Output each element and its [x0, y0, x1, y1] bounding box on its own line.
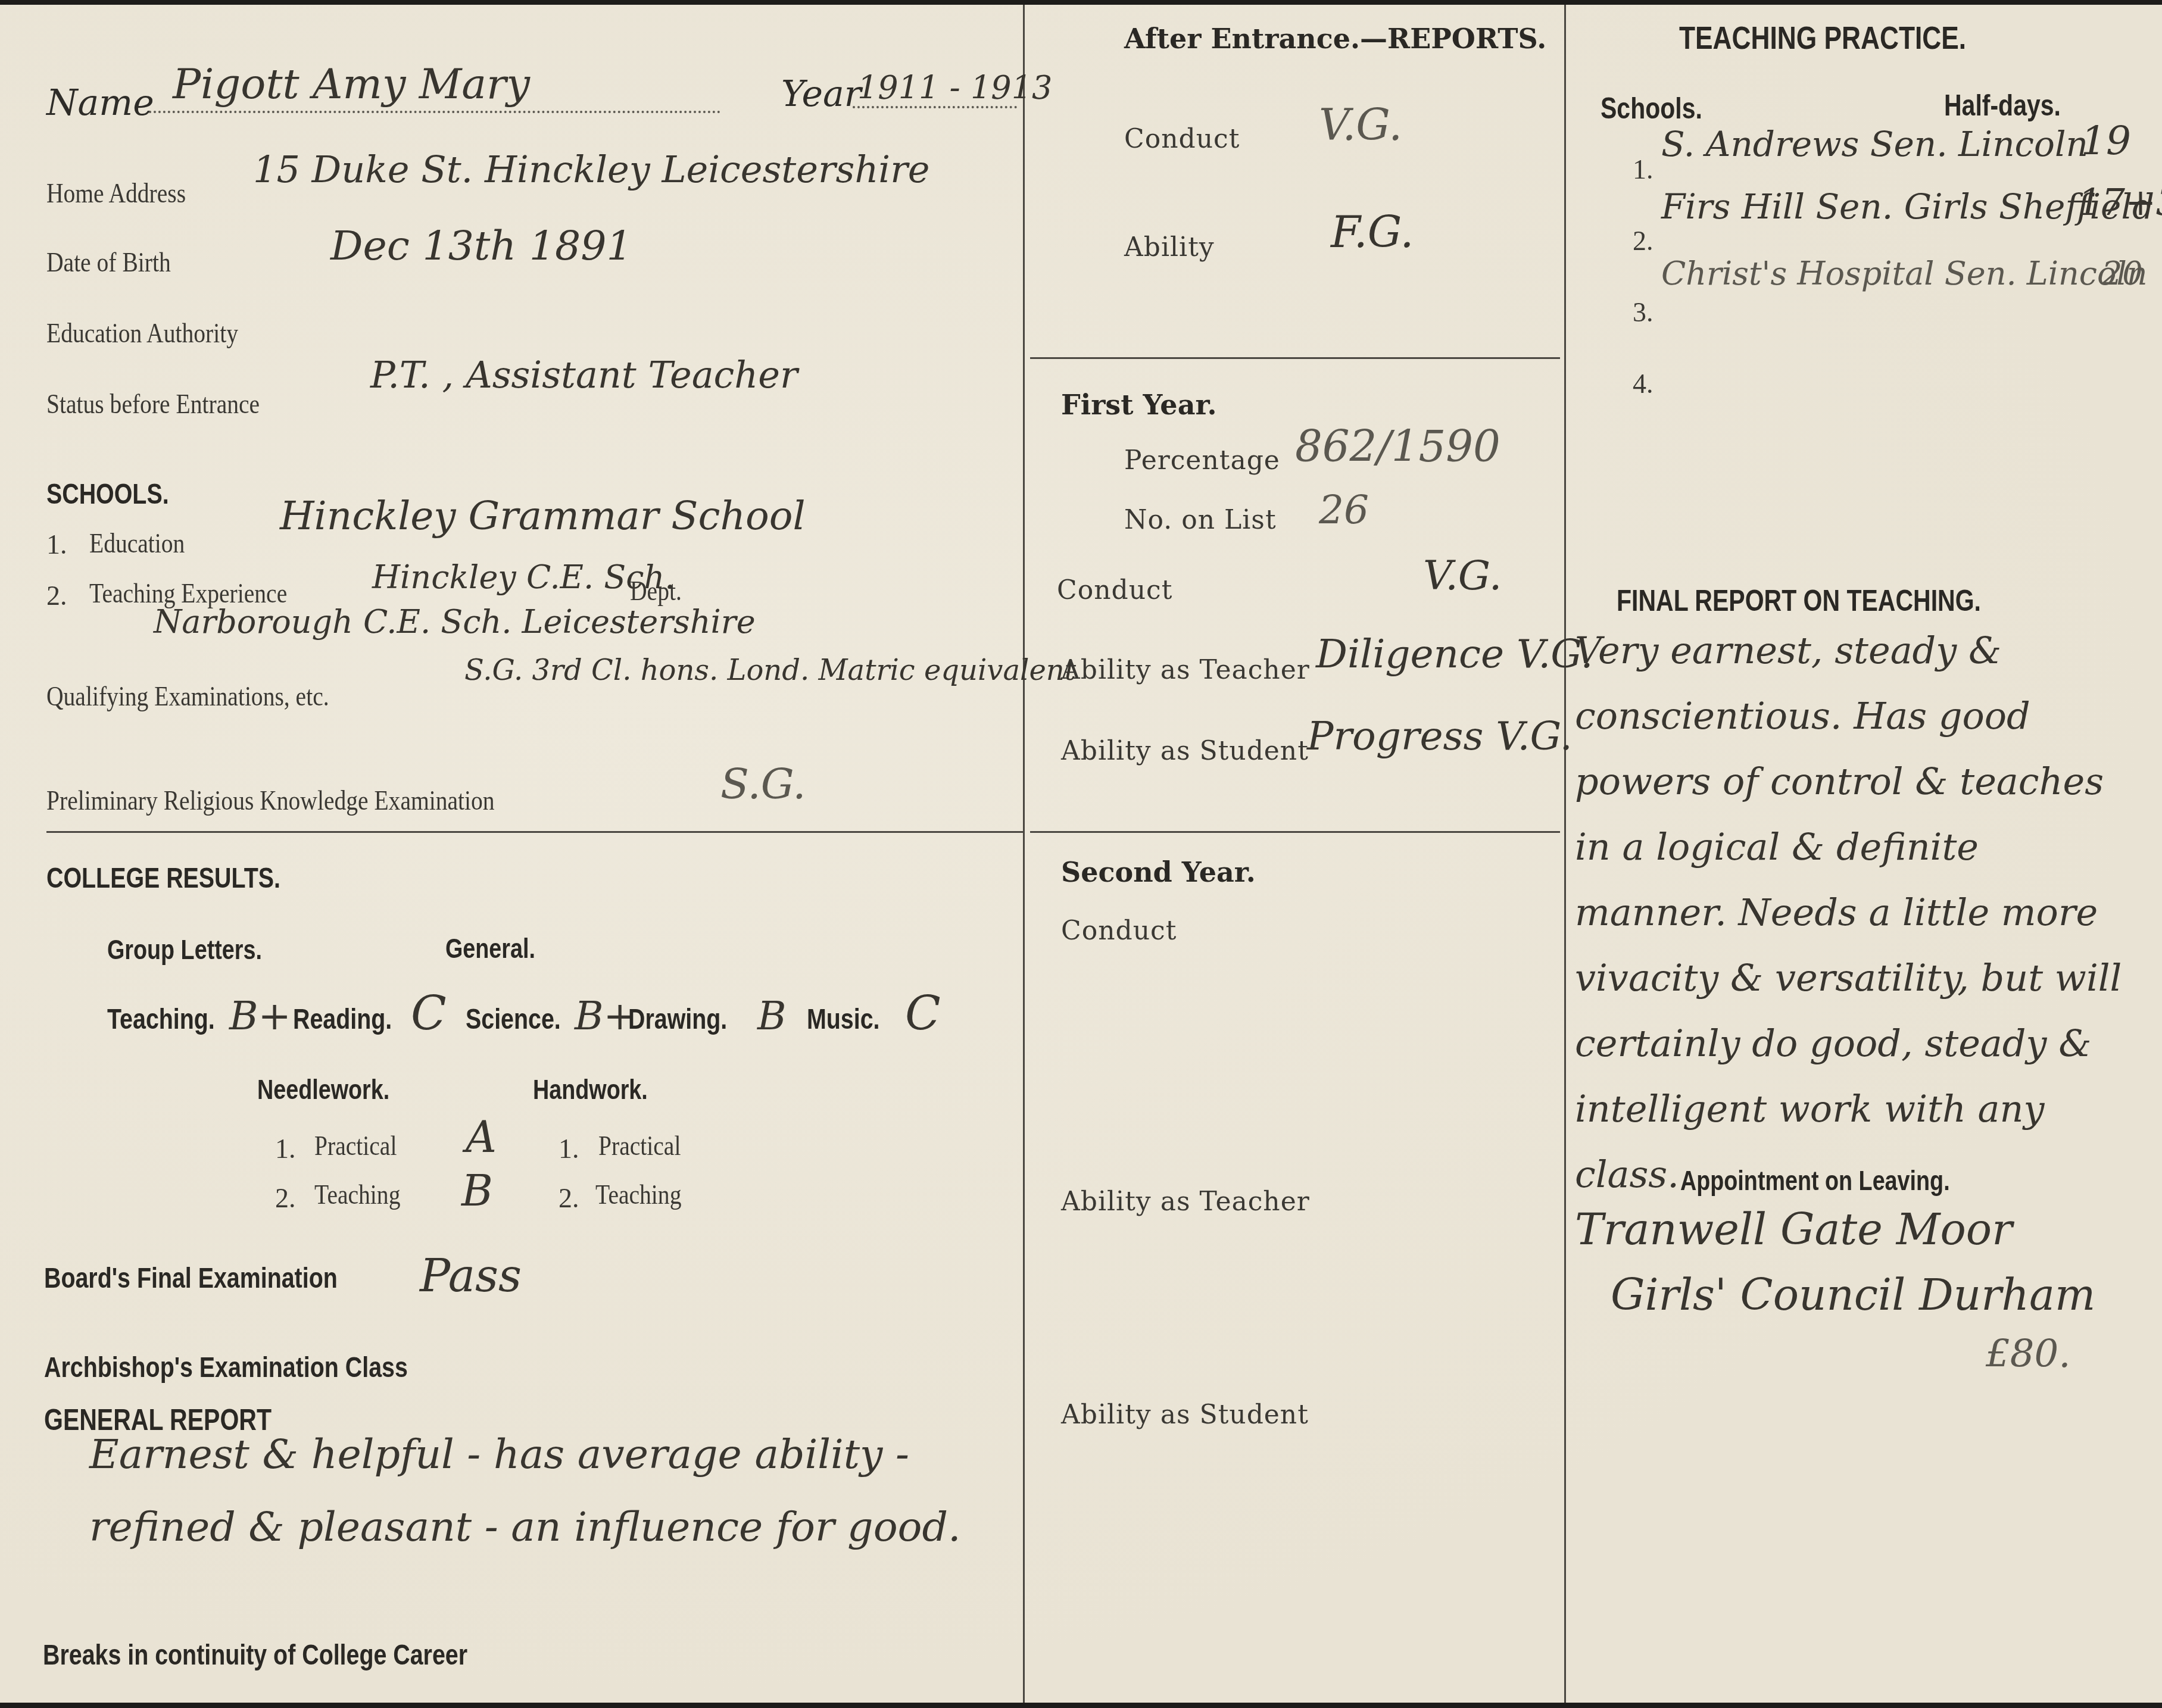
breaks-label: Breaks in continuity of College Career: [43, 1639, 467, 1672]
dob-label: Date of Birth: [46, 246, 171, 278]
fy-ability-teacher-label: Ability as Teacher: [1061, 655, 1310, 685]
subject-music-grade: C: [905, 987, 941, 1041]
handwork-teaching-label: Teaching: [595, 1179, 681, 1210]
appointment-salary: £80.: [1986, 1332, 2071, 1376]
status-value: P.T. , Assistant Teacher: [370, 353, 798, 396]
name-label: Name: [46, 82, 154, 124]
appointment-heading: Appointment on Leaving.: [1680, 1164, 1950, 1197]
tp-entry-1-halfdays: 19: [2081, 118, 2131, 164]
dob-value: Dec 13th 1891: [330, 223, 632, 270]
fy-ability-student-value: Progress V.G.: [1307, 713, 1573, 759]
fy-conduct-value: V.G.: [1423, 552, 1502, 599]
sy-ability-student-label: Ability as Student: [1061, 1400, 1309, 1430]
general-report-text: Earnest & helpful - has average ability …: [89, 1419, 994, 1564]
second-year-heading: Second Year.: [1061, 856, 1256, 888]
appointment-line-2: Girls' Council Durham: [1611, 1270, 2095, 1320]
year-label: Year: [781, 73, 861, 115]
name-value: Pigott Amy Mary: [173, 60, 530, 108]
archbishop-label: Archbishop's Examination Class: [44, 1351, 408, 1384]
schools-education-value: Hinckley Grammar School: [280, 493, 806, 539]
name-underline: [149, 111, 720, 113]
schools-heading: SCHOOLS.: [46, 478, 169, 511]
sy-ability-teacher-label: Ability as Teacher: [1061, 1186, 1310, 1217]
boards-final-label: Board's Final Examination: [44, 1262, 338, 1295]
subject-teaching-label: Teaching.: [107, 1003, 215, 1036]
appointment-line-1: Tranwell Gate Moor: [1575, 1204, 2013, 1254]
subject-music-label: Music.: [807, 1003, 879, 1036]
column-divider-left: [1023, 5, 1025, 1703]
divider-firstyear-secondyear: [1030, 831, 1560, 833]
tp-entry-3-num: 3.: [1633, 296, 1654, 328]
prk-value: S.G.: [720, 760, 806, 808]
fy-ability-teacher-value: Diligence V.G.: [1316, 631, 1593, 677]
final-report-heading: FINAL REPORT ON TEACHING.: [1617, 583, 1981, 618]
qualifying-label: Qualifying Examinations, etc.: [46, 680, 329, 712]
reports-heading: After Entrance.—REPORTS.: [1124, 23, 1546, 55]
subject-reading-label: Reading.: [293, 1003, 392, 1036]
schools-education-label: Education: [89, 527, 185, 559]
handwork-label: Handwork.: [533, 1073, 648, 1106]
needlework-practical-label: Practical: [314, 1130, 397, 1161]
percentage-value: 862/1590: [1295, 421, 1500, 472]
tp-entry-1-num: 1.: [1633, 154, 1654, 185]
education-authority-label: Education Authority: [46, 317, 238, 349]
handwork-practical-label: Practical: [598, 1130, 681, 1161]
divider-reports-firstyear: [1030, 357, 1560, 359]
fy-ability-student-label: Ability as Student: [1061, 736, 1309, 766]
home-address-value: 15 Duke St. Hinckley Leicestershire: [253, 148, 929, 191]
subject-teaching-grade: B+: [229, 993, 291, 1039]
college-results-heading: COLLEGE RESULTS.: [46, 862, 280, 895]
home-address-label: Home Address: [46, 177, 186, 209]
subject-reading-grade: C: [411, 987, 447, 1041]
needlework-practical-grade: A: [466, 1112, 497, 1162]
needlework-practical-num: 1.: [275, 1133, 296, 1164]
needlework-teaching-num: 2.: [275, 1182, 296, 1214]
reports-ability-label: Ability: [1124, 232, 1215, 263]
final-report-text: Very earnest, steady & conscientious. Ha…: [1575, 618, 2141, 1207]
reports-ability-value: F.G.: [1331, 207, 1414, 257]
tp-entry-2-num: 2.: [1633, 225, 1654, 257]
no-on-list-label: No. on List: [1124, 505, 1277, 535]
tp-entry-2-halfdays: 17+3: [2078, 180, 2162, 224]
divider-schools-results: [46, 831, 1023, 833]
schools-dept-label: Dept.: [630, 575, 682, 607]
prk-label: Preliminary Religious Knowledge Examinat…: [46, 785, 495, 816]
needlework-teaching-label: Teaching: [314, 1179, 400, 1210]
reports-conduct-label: Conduct: [1124, 124, 1240, 154]
tp-entry-3-school: Christ's Hospital Sen. Lincoln: [1661, 255, 2148, 292]
status-label: Status before Entrance: [46, 388, 260, 420]
first-year-heading: First Year.: [1061, 389, 1216, 421]
subject-drawing-label: Drawing.: [628, 1003, 727, 1036]
column-divider-right: [1564, 5, 1566, 1703]
handwork-teaching-num: 2.: [559, 1182, 579, 1214]
general-label: General.: [445, 932, 535, 964]
sy-conduct-label: Conduct: [1061, 916, 1177, 946]
fy-conduct-label: Conduct: [1057, 575, 1172, 605]
qualifying-value: S.G. 3rd Cl. hons. Lond. Matric equivale…: [464, 654, 1076, 687]
needlework-teaching-grade: B: [461, 1166, 493, 1216]
subject-science-grade: B+: [575, 993, 637, 1039]
subject-drawing-grade: B: [757, 993, 787, 1039]
tp-entry-4-num: 4.: [1633, 368, 1654, 399]
reports-conduct-value: V.G.: [1319, 100, 1402, 150]
handwork-practical-num: 1.: [559, 1133, 579, 1164]
schools-teaching-num: 2.: [46, 580, 67, 611]
teaching-practice-heading: TEACHING PRACTICE.: [1679, 20, 1966, 57]
group-letters-label: Group Letters.: [107, 933, 262, 966]
schools-education-num: 1.: [46, 529, 67, 560]
tp-halfdays-label: Half-days.: [1944, 88, 2061, 123]
tp-entry-1-school: S. Andrews Sen. Lincoln: [1661, 124, 2088, 164]
schools-teaching-value-2: Narborough C.E. Sch. Leicestershire: [154, 603, 756, 641]
tp-entry-3-halfdays: 20: [2102, 255, 2143, 292]
tp-schools-label: Schools.: [1601, 91, 1702, 126]
year-value: 1911 - 1913: [857, 69, 1052, 107]
percentage-label: Percentage: [1124, 445, 1280, 476]
boards-final-value: Pass: [420, 1249, 522, 1302]
student-record-card: Name Pigott Amy Mary Year 1911 - 1913 Ho…: [0, 5, 2162, 1703]
needlework-label: Needlework.: [257, 1073, 389, 1106]
no-on-list-value: 26: [1319, 487, 1369, 533]
subject-science-label: Science.: [466, 1003, 561, 1036]
